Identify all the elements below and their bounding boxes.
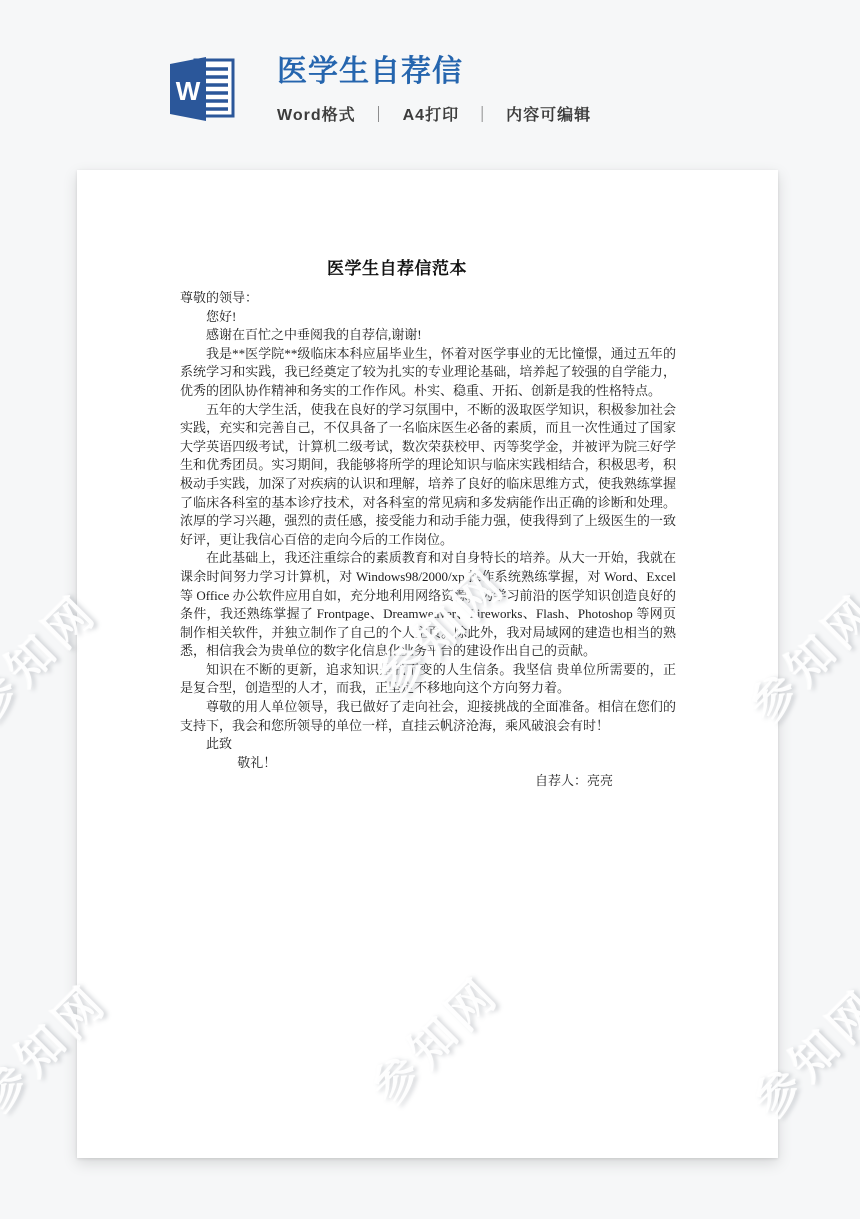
belief-paragraph: 知识在不断的更新，追求知识是我不变的人生信条。我坚信 贵单位所需要的，正是复合型… — [180, 661, 676, 698]
feature-row: Word格式 ｜ A4打印 ｜ 内容可编辑 — [277, 102, 591, 125]
separator: ｜ — [474, 102, 491, 125]
word-file-icon: W — [165, 57, 235, 121]
computer-paragraph: 在此基础上，我还注重综合的素质教育和对自身特长的培养。从大一开始，我就在课余时间… — [180, 549, 676, 661]
feature-word-format: Word格式 — [277, 102, 356, 125]
salutation: 尊敬的领导： — [180, 289, 676, 308]
closing-paragraph: 尊敬的用人单位领导，我已做好了走向社会，迎接挑战的全面准备。相信在您们的支持下，… — [180, 698, 676, 735]
document-content: 医学生自荐信范本 尊敬的领导： 您好! 感谢在百忙之中垂阅我的自荐信,谢谢! 我… — [77, 170, 778, 791]
intro-paragraph: 我是**医学院**级临床本科应届毕业生，怀着对医学事业的无比憧憬，通过五年的系统… — [180, 345, 676, 401]
greeting: 您好! — [180, 308, 676, 327]
separator: ｜ — [371, 102, 388, 125]
feature-editable: 内容可编辑 — [506, 102, 591, 125]
page-title: 医学生自荐信 — [277, 55, 591, 89]
signature-line: 自荐人：亮亮 — [180, 772, 676, 791]
cizhi-line: 此致 — [180, 735, 676, 754]
feature-a4-print: A4打印 — [403, 102, 459, 125]
document-title: 医学生自荐信范本 — [180, 258, 676, 280]
document-body: 尊敬的领导： 您好! 感谢在百忙之中垂阅我的自荐信,谢谢! 我是**医学院**级… — [180, 289, 676, 791]
document-preview-page: 医学生自荐信范本 尊敬的领导： 您好! 感谢在百忙之中垂阅我的自荐信,谢谢! 我… — [77, 170, 778, 1158]
thanks-line: 感谢在百忙之中垂阅我的自荐信,谢谢! — [180, 326, 676, 345]
jingli-line: 敬礼！ — [180, 754, 676, 773]
word-icon-letter: W — [176, 76, 201, 106]
study-paragraph: 五年的大学生活，使我在良好的学习氛围中，不断的汲取医学知识，积极参加社会实践，充… — [180, 401, 676, 550]
header-text: 医学生自荐信 Word格式 ｜ A4打印 ｜ 内容可编辑 — [277, 55, 591, 125]
